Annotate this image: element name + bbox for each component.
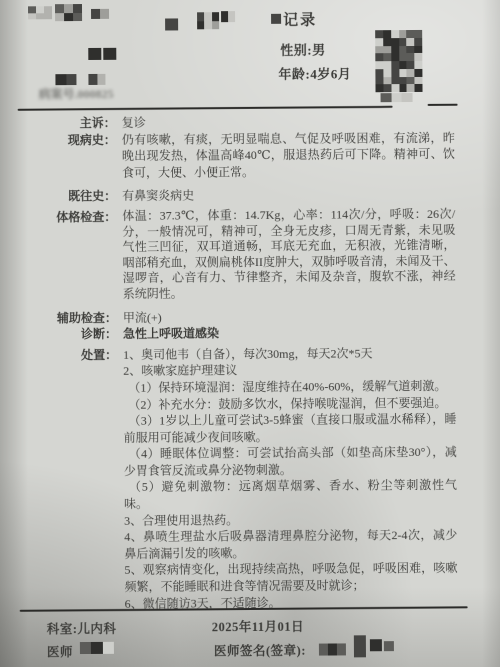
redaction-cell bbox=[407, 61, 415, 69]
redaction-cell bbox=[64, 13, 73, 22]
redaction-cell bbox=[204, 21, 211, 30]
redaction-block bbox=[91, 9, 109, 19]
redaction-cell bbox=[391, 53, 399, 61]
patient-age: 年龄:4岁6月 bbox=[278, 63, 351, 82]
redaction-cell bbox=[28, 13, 36, 20]
redaction-cell bbox=[414, 61, 422, 69]
redaction-cell bbox=[375, 69, 383, 77]
department: 科室:儿内科 bbox=[47, 619, 117, 637]
redaction-block bbox=[55, 74, 76, 85]
redaction-cell bbox=[271, 14, 281, 24]
redaction-cell bbox=[91, 9, 100, 19]
redaction-cell bbox=[414, 38, 422, 46]
treatment-item: 1、奥司他韦（自备），每次30mg，每天2次*5天 bbox=[123, 344, 456, 363]
redaction-cell bbox=[384, 641, 394, 651]
redaction-cell bbox=[383, 84, 391, 92]
field-value-auxiliary-exam: 甲流(+) bbox=[123, 307, 456, 326]
redaction-cell bbox=[197, 12, 204, 21]
redaction-cell bbox=[375, 30, 383, 38]
redaction-cell bbox=[407, 45, 415, 53]
header-divider-line bbox=[18, 106, 393, 111]
redaction-cell bbox=[375, 53, 383, 61]
redaction-cell bbox=[103, 642, 114, 654]
redaction-cell bbox=[399, 77, 407, 85]
redaction-cell bbox=[407, 53, 415, 61]
redaction-cell bbox=[375, 46, 383, 54]
redaction-cell bbox=[73, 13, 82, 22]
signature-redaction bbox=[370, 639, 382, 651]
redaction-cell bbox=[165, 18, 178, 30]
redaction-cell bbox=[383, 38, 391, 46]
redaction-block bbox=[197, 12, 219, 29]
qr-code-redaction bbox=[375, 30, 422, 92]
redaction-block bbox=[381, 93, 413, 102]
header-divider-dash bbox=[428, 104, 458, 106]
redaction-cell bbox=[391, 30, 399, 38]
treatment-item: 5、观察病情变化，出现持续高热，呼吸急促，呼吸困难，咳嗽频繁，不能睡眠和进食等情… bbox=[124, 560, 457, 595]
redaction-cell bbox=[375, 38, 383, 46]
redaction-cell bbox=[88, 74, 97, 85]
redaction-cell bbox=[212, 21, 219, 30]
redaction-cell bbox=[407, 69, 415, 77]
record-row-present-illness: 现病史：仍有咳嗽，有痰，无明显喘息、气促及呼吸困难，有流涕，昨晚出现发热，体温高… bbox=[19, 129, 457, 181]
redaction-cell bbox=[375, 61, 383, 69]
redaction-cell bbox=[97, 74, 106, 85]
redaction-cell bbox=[391, 77, 399, 85]
field-value-chief-complaint: 复诊 bbox=[122, 113, 455, 132]
redaction-cell bbox=[415, 76, 423, 84]
redaction-cell bbox=[328, 643, 337, 655]
record-row-past-history: 既往史：有鼻窦炎病史 bbox=[19, 186, 457, 205]
redaction-cell bbox=[391, 61, 399, 69]
treatment-item: （5）避免刺激物：远离烟草烟雾、香水、粉尘等刺激性气味。 bbox=[124, 477, 457, 512]
field-label-auxiliary-exam: 辅助检查： bbox=[20, 309, 117, 326]
visit-date: 2025年11月01日 bbox=[212, 617, 304, 636]
redaction-cell bbox=[414, 53, 422, 61]
redaction-block bbox=[88, 48, 101, 60]
doctor-label: 医师 bbox=[47, 642, 73, 660]
redaction-cell bbox=[91, 642, 102, 654]
redaction-block bbox=[88, 74, 105, 85]
redaction-cell bbox=[391, 84, 399, 92]
redaction-cell bbox=[415, 84, 423, 92]
treatment-item: （4）睡眠体位调整：可尝试抬高头部（如垫高床垫30°），减少胃食管反流或鼻分泌物… bbox=[124, 444, 457, 479]
redaction-cell bbox=[88, 48, 101, 60]
redaction-block bbox=[271, 14, 281, 24]
field-value-physical-exam: 体温：37.3℃，体重：14.7Kg，心率：114次/分，呼吸：26次/分，一般… bbox=[122, 207, 456, 303]
field-label-physical-exam: 体格检查： bbox=[19, 209, 116, 226]
signature-label: 医师签名(签章): bbox=[214, 641, 306, 660]
field-label-present-illness: 现病史： bbox=[19, 131, 116, 148]
redaction-cell bbox=[383, 53, 391, 61]
redaction-cell bbox=[197, 21, 204, 30]
field-label-chief-complaint: 主诉： bbox=[19, 115, 116, 132]
field-label-past-history: 既往史： bbox=[19, 188, 116, 205]
record-number: 病案号.000825 bbox=[38, 85, 113, 102]
redaction-cell bbox=[383, 30, 391, 38]
field-label-diagnosis: 诊断： bbox=[20, 326, 117, 343]
redaction-cell bbox=[414, 45, 422, 53]
doctor-name-redaction bbox=[80, 642, 114, 654]
redaction-cell bbox=[103, 48, 116, 60]
redaction-cell bbox=[228, 11, 235, 22]
redaction-cell bbox=[55, 4, 64, 13]
redaction-cell bbox=[354, 635, 366, 646]
redaction-cell bbox=[370, 639, 382, 651]
redaction-cell bbox=[383, 46, 391, 54]
redaction-cell bbox=[212, 12, 219, 21]
redaction-cell bbox=[415, 69, 423, 77]
redaction-cell bbox=[55, 74, 66, 85]
redaction-cell bbox=[44, 13, 52, 20]
treatment-item: 2、咳嗽家庭护理建议 bbox=[123, 361, 456, 380]
redaction-cell bbox=[399, 53, 407, 61]
treatment-item: 3、合理使用退热药。 bbox=[124, 510, 457, 529]
redaction-cell bbox=[391, 46, 399, 54]
field-value-treatment: 1、奥司他韦（自备），每次30mg，每天2次*5天2、咳嗽家庭护理建议（1）保持… bbox=[123, 344, 458, 612]
redaction-block bbox=[103, 48, 116, 60]
record-row-diagnosis: 诊断：急性上呼吸道感染 bbox=[20, 324, 458, 343]
treatment-item: （2）补充水分：鼓励多饮水，保持喉咙湿润，但不要强迫。 bbox=[123, 394, 456, 413]
redaction-block bbox=[28, 6, 52, 19]
redaction-cell bbox=[375, 84, 383, 92]
redaction-cell bbox=[407, 38, 415, 46]
signature-redaction bbox=[354, 635, 366, 657]
redaction-cell bbox=[204, 12, 211, 21]
field-value-present-illness: 仍有咳嗽，有痰，无明显喘息、气促及呼吸困难，有流涕，昨晚出现发热，体温高峰40℃… bbox=[122, 129, 455, 181]
redaction-cell bbox=[399, 38, 407, 46]
redaction-cell bbox=[399, 46, 407, 54]
treatment-item: （1）保持环境湿润：湿度维持在40%-60%，缓解气道刺激。 bbox=[123, 378, 456, 397]
redaction-cell bbox=[36, 13, 44, 20]
redaction-cell bbox=[407, 84, 415, 92]
redaction-cell bbox=[375, 77, 383, 85]
redaction-cell bbox=[391, 38, 399, 46]
redaction-block bbox=[221, 11, 235, 22]
redaction-cell bbox=[66, 74, 77, 85]
redaction-cell bbox=[414, 30, 422, 38]
treatment-item: 4、鼻喷生理盐水后吸鼻器清理鼻腔分泌物，每天2-4次，减少鼻后滴漏引发的咳嗽。 bbox=[124, 527, 457, 562]
redaction-cell bbox=[319, 644, 328, 656]
redaction-cell bbox=[73, 4, 82, 13]
redaction-cell bbox=[381, 93, 392, 102]
redaction-cell bbox=[100, 9, 109, 19]
redaction-cell bbox=[383, 61, 391, 69]
record-sections: 主诉：复诊现病史：仍有咳嗽，有痰，无明显喘息、气促及呼吸困难，有流涕，昨晚出现发… bbox=[19, 113, 460, 613]
redaction-cell bbox=[337, 643, 346, 655]
redaction-cell bbox=[391, 93, 402, 102]
redaction-cell bbox=[354, 646, 366, 657]
record-row-physical-exam: 体格检查：体温：37.3℃，体重：14.7Kg，心率：114次/分，呼吸：26次… bbox=[19, 207, 458, 303]
redaction-cell bbox=[80, 642, 91, 654]
record-page: 记录 性别:男 年龄:4岁6月 病案号.000825 主诉：复诊现病史：仍有咳嗽… bbox=[0, 0, 500, 667]
redaction-cell bbox=[383, 77, 391, 85]
redaction-cell bbox=[221, 11, 228, 22]
field-label-treatment: 处置： bbox=[20, 347, 117, 364]
redaction-cell bbox=[64, 4, 73, 13]
signature-redaction bbox=[319, 643, 346, 655]
redaction-cell bbox=[383, 69, 391, 77]
redaction-cell bbox=[406, 30, 414, 38]
redaction-block bbox=[165, 18, 178, 30]
redaction-cell bbox=[55, 13, 64, 22]
medical-record-photo: 记录 性别:男 年龄:4岁6月 病案号.000825 主诉：复诊现病史：仍有咳嗽… bbox=[0, 0, 500, 667]
redaction-cell bbox=[399, 69, 407, 77]
field-value-past-history: 有鼻窦炎病史 bbox=[122, 186, 455, 205]
redaction-cell bbox=[391, 69, 399, 77]
patient-gender: 性别:男 bbox=[280, 40, 325, 59]
redaction-cell bbox=[399, 84, 407, 92]
redaction-cell bbox=[407, 76, 415, 84]
signature-redaction bbox=[384, 641, 394, 651]
redaction-cell bbox=[399, 61, 407, 69]
page-title: 记录 bbox=[283, 9, 317, 30]
redaction-block bbox=[55, 4, 82, 21]
record-row-treatment: 处置：1、奥司他韦（自备），每次30mg，每天2次*5天2、咳嗽家庭护理建议（1… bbox=[20, 344, 460, 612]
redaction-cell bbox=[399, 30, 407, 38]
field-value-diagnosis: 急性上呼吸道感染 bbox=[123, 324, 456, 343]
redaction-cell bbox=[402, 93, 413, 102]
treatment-item: （3）1岁以上儿童可尝试3-5蜂蜜（直接口服或温水稀释），睡前服用可能减少夜间咳… bbox=[123, 411, 456, 446]
